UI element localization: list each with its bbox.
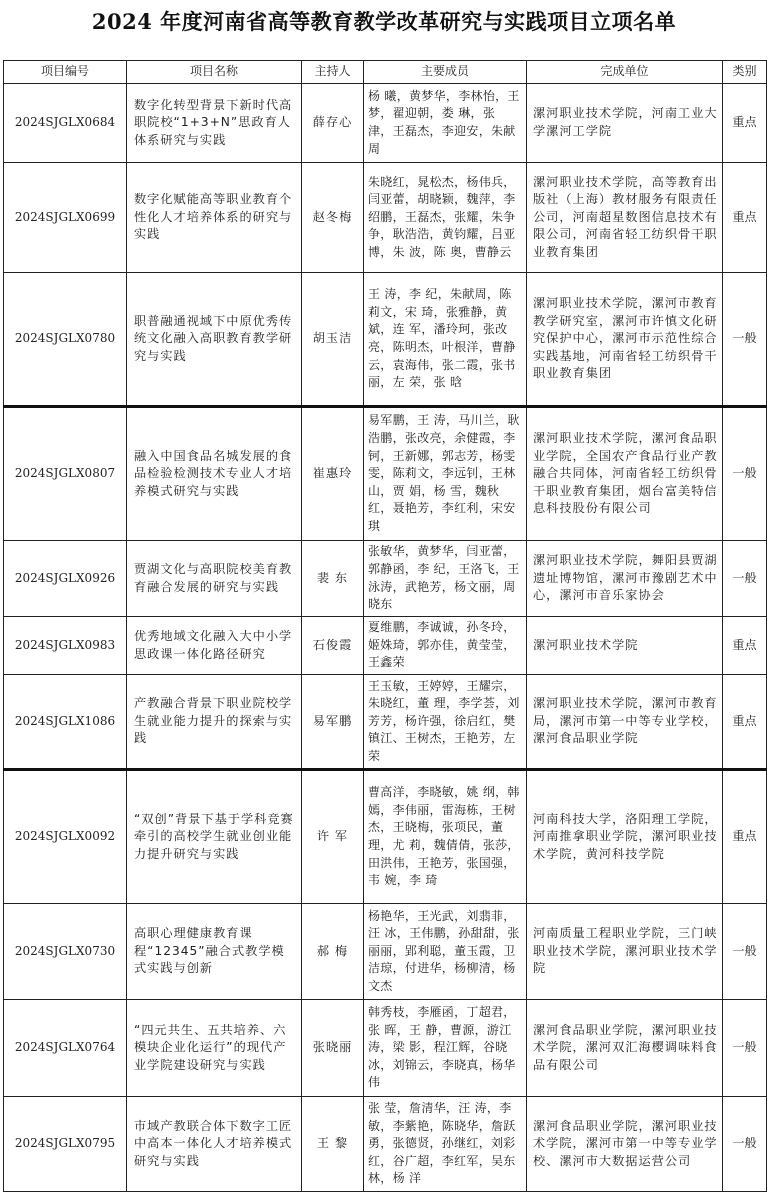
table-row: 2024SJGLX0926 贾湖文化与高职院校美育教育融合发展的研究与实践 裴 … xyxy=(4,541,767,617)
project-host: 崔惠玲 xyxy=(302,407,364,541)
document-title: 2024 年度河南省高等教育教学改革研究与实践项目立项名单 xyxy=(0,6,768,36)
project-code: 2024SJGLX0983 xyxy=(4,617,127,675)
project-name: 融入中国食品名城发展的食品检验检测技术专业人才培养模式研究与实践 xyxy=(127,407,302,541)
project-name: 职普融通视域下中原优秀传统文化融入高职教育教学研究与实践 xyxy=(127,273,302,407)
project-members: 杨 曦，黄梦华，李林怡，王 梦，翟迎朝，娄 琳，张 津，王磊杰，李迎安，朱献周 xyxy=(364,84,527,163)
table-row: 2024SJGLX0684 数字化转型背景下新时代高职院校“1+3+N”思政育人… xyxy=(4,84,767,163)
project-host: 许 军 xyxy=(302,770,364,904)
header-members: 主要成员 xyxy=(364,61,527,84)
project-members: 张敏华，黄梦华，闫亚蕾，郭静函，李 纪，王洛飞，王泳涛，武艳芳，杨文丽，周晓东 xyxy=(364,541,527,617)
project-list-table-container: 项目编号 项目名称 主持人 主要成员 完成单位 类别 2024SJGLX0684… xyxy=(3,60,766,1192)
project-name: 高职心理健康教育课程“12345”融合式教学模式实践与创新 xyxy=(127,904,302,1000)
header-unit: 完成单位 xyxy=(527,61,723,84)
table-row: 2024SJGLX0780 职普融通视域下中原优秀传统文化融入高职教育教学研究与… xyxy=(4,273,767,407)
project-unit: 漯河职业技术学院，漯河食品职业学院，全国农产食品行业产教融合共同体，河南省轻工纺… xyxy=(527,407,723,541)
table-header-row: 项目编号 项目名称 主持人 主要成员 完成单位 类别 xyxy=(4,61,767,84)
project-name: 优秀地域文化融入大中小学思政课一体化路径研究 xyxy=(127,617,302,675)
table-row: 2024SJGLX1086 产教融合背景下职业院校学生就业能力提升的探索与实践 … xyxy=(4,675,767,770)
project-host: 薛存心 xyxy=(302,84,364,163)
project-category: 重点 xyxy=(723,163,767,273)
project-category: 重点 xyxy=(723,675,767,770)
project-host: 赵冬梅 xyxy=(302,163,364,273)
project-unit: 漯河职业技术学院，漯河市教育局，漯河市第一中等专业学校，漯河食品职业学院 xyxy=(527,675,723,770)
project-host: 郝 梅 xyxy=(302,904,364,1000)
project-members: 王玉敏，王婷婷，王耀宗，朱晓红，董 理，李学荟，刘芳芳，杨许强，徐启红，樊镇江、… xyxy=(364,675,527,770)
project-members: 易军鹏，王 涛，马川兰，耿浩鹏，张改亮，余健霞，李 钶，王新娜，郭志芳，杨雯雯，… xyxy=(364,407,527,541)
project-category: 一般 xyxy=(723,904,767,1000)
project-category: 一般 xyxy=(723,541,767,617)
project-unit: 漯河食品职业学院，漯河职业技术学院，漯河双汇海樱调味料食品有限公司 xyxy=(527,1000,723,1097)
table-row: 2024SJGLX0092 “双创”背景下基于学科竞赛牵引的高校学生就业创业能力… xyxy=(4,770,767,904)
project-category: 重点 xyxy=(723,617,767,675)
project-code: 2024SJGLX0764 xyxy=(4,1000,127,1097)
project-unit: 漯河职业技术学院 xyxy=(527,617,723,675)
project-host: 张晓丽 xyxy=(302,1000,364,1097)
project-host: 裴 东 xyxy=(302,541,364,617)
header-project-name: 项目名称 xyxy=(127,61,302,84)
header-category: 类别 xyxy=(723,61,767,84)
project-code: 2024SJGLX0807 xyxy=(4,407,127,541)
project-unit: 漯河职业技术学院，河南工业大学漯河工学院 xyxy=(527,84,723,163)
project-unit: 漯河职业技术学院，漯河市教育教学研究室，漯河市许慎文化研究保护中心，漯河市示范性… xyxy=(527,273,723,407)
table-row: 2024SJGLX0807 融入中国食品名城发展的食品检验检测技术专业人才培养模… xyxy=(4,407,767,541)
header-host: 主持人 xyxy=(302,61,364,84)
project-code: 2024SJGLX1086 xyxy=(4,675,127,770)
project-host: 王 黎 xyxy=(302,1097,364,1192)
project-category: 重点 xyxy=(723,84,767,163)
project-category: 一般 xyxy=(723,273,767,407)
project-name: “双创”背景下基于学科竞赛牵引的高校学生就业创业能力提升研究与实践 xyxy=(127,770,302,904)
project-name: 数字化转型背景下新时代高职院校“1+3+N”思政育人体系研究与实践 xyxy=(127,84,302,163)
project-category: 重点 xyxy=(723,770,767,904)
table-row: 2024SJGLX0730 高职心理健康教育课程“12345”融合式教学模式实践… xyxy=(4,904,767,1000)
project-members: 朱晓红，晁松杰，杨伟兵，闫亚蕾，胡晓颖，魏萍，李绍鹏，王磊杰，张耀，朱争争，耿浩… xyxy=(364,163,527,273)
project-host: 胡玉洁 xyxy=(302,273,364,407)
project-code: 2024SJGLX0092 xyxy=(4,770,127,904)
project-name: 产教融合背景下职业院校学生就业能力提升的探索与实践 xyxy=(127,675,302,770)
project-unit: 漯河职业技术学院，舞阳县贾湖遗址博物馆，漯河市豫剧艺术中心，漯河市音乐家协会 xyxy=(527,541,723,617)
project-code: 2024SJGLX0730 xyxy=(4,904,127,1000)
project-code: 2024SJGLX0699 xyxy=(4,163,127,273)
project-members: 王 涛，李 纪，朱献周，陈莉文，宋 琦，张雅静，黄 斌，连 军，潘玲珂，张改亮，… xyxy=(364,273,527,407)
project-name: “四元共生、五共培养、六模块企业化运行”的现代产业学院建设研究与实践 xyxy=(127,1000,302,1097)
project-name: 贾湖文化与高职院校美育教育融合发展的研究与实践 xyxy=(127,541,302,617)
project-unit: 漯河食品职业学院，漯河职业技术学院，漯河市第一中等专业学校、漯河市大数据运营公司 xyxy=(527,1097,723,1192)
table-row: 2024SJGLX0983 优秀地域文化融入大中小学思政课一体化路径研究 石俊霞… xyxy=(4,617,767,675)
project-category: 一般 xyxy=(723,407,767,541)
project-unit: 漯河职业技术学院，高等教育出版社（上海）教材服务有限责任公司，河南超星数图信息技… xyxy=(527,163,723,273)
project-category: 一般 xyxy=(723,1097,767,1192)
project-category: 一般 xyxy=(723,1000,767,1097)
project-code: 2024SJGLX0684 xyxy=(4,84,127,163)
project-name: 数字化赋能高等职业教育个性化人才培养体系的研究与实践 xyxy=(127,163,302,273)
project-code: 2024SJGLX0795 xyxy=(4,1097,127,1192)
project-members: 韩秀枝，李雁函，丁超君，张 晖，王 静，曹源，游江涛，梁 影，程江辉，谷晓冰，刘… xyxy=(364,1000,527,1097)
project-members: 张 莹，詹清华，汪 涛，李 敏，李紫艳，陈晓华，詹跃勇，张德贤，孙继红，刘彩红，… xyxy=(364,1097,527,1192)
table-row: 2024SJGLX0699 数字化赋能高等职业教育个性化人才培养体系的研究与实践… xyxy=(4,163,767,273)
project-unit: 河南质量工程职业学院，三门峡职业技术学院，漯河职业技术学院 xyxy=(527,904,723,1000)
header-project-code: 项目编号 xyxy=(4,61,127,84)
project-code: 2024SJGLX0926 xyxy=(4,541,127,617)
project-list-table: 项目编号 项目名称 主持人 主要成员 完成单位 类别 2024SJGLX0684… xyxy=(3,60,767,1192)
project-members: 夏维鹏，李诚诚，孙冬玲，姬姝琦，郭亦佳，黄莹莹，王鑫荣 xyxy=(364,617,527,675)
project-name: 市域产教联合体下数字工匠中高本一体化人才培养模式研究与实践 xyxy=(127,1097,302,1192)
table-row: 2024SJGLX0795 市域产教联合体下数字工匠中高本一体化人才培养模式研究… xyxy=(4,1097,767,1192)
project-unit: 河南科技大学，洛阳理工学院，河南推拿职业学院，漯河职业技术学院，黄河科技学院 xyxy=(527,770,723,904)
project-host: 易军鹏 xyxy=(302,675,364,770)
project-code: 2024SJGLX0780 xyxy=(4,273,127,407)
project-host: 石俊霞 xyxy=(302,617,364,675)
project-members: 杨艳华，王光武，刘翡菲，汪 冰，王伟鹏，孙甜甜，张丽丽，郢利聪，董玉霞，卫洁琼，… xyxy=(364,904,527,1000)
project-members: 曹高洋，李晓敏，姚 纲，韩 嫣，李伟丽，雷海栋，王树杰，王晓梅，张项民，董 理，… xyxy=(364,770,527,904)
table-row: 2024SJGLX0764 “四元共生、五共培养、六模块企业化运行”的现代产业学… xyxy=(4,1000,767,1097)
